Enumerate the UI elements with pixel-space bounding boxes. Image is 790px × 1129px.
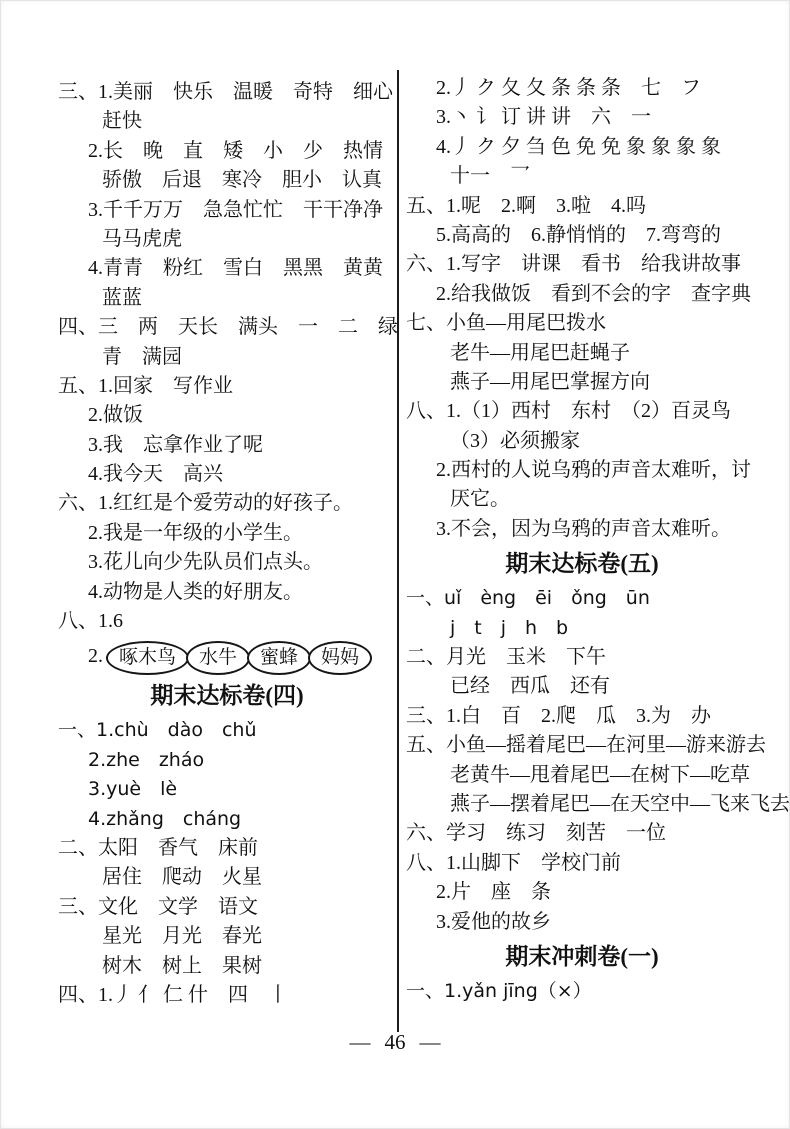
circled-answers-line: 2.啄木鸟水牛蜜蜂妈妈 <box>58 636 396 676</box>
answer-line: 三、1.美丽 快乐 温暖 奇特 细心 <box>58 78 396 107</box>
circled-answer: 蜜蜂 <box>247 641 311 675</box>
answer-line: 六、1.红红是个爱劳动的好孩子。 <box>58 489 396 518</box>
answer-line: 3.丶 讠 订 讲 讲 六 一 <box>406 103 758 132</box>
answer-line: 六、1.写字 讲课 看书 给我讲故事 <box>406 250 758 279</box>
answer-line: 十一 乛 <box>406 162 758 191</box>
answer-key-page: 三、1.美丽 快乐 温暖 奇特 细心赶快2.长 晚 直 矮 小 少 热情骄傲 后… <box>0 0 790 1129</box>
answer-line: 3.爱他的故乡 <box>406 908 758 937</box>
answer-line: 3.yuè lè <box>58 775 396 804</box>
answer-line: 2.zhe zháo <box>58 746 396 775</box>
item-number: 2. <box>88 645 103 667</box>
left-column: 三、1.美丽 快乐 温暖 奇特 细心赶快2.长 晚 直 矮 小 少 热情骄傲 后… <box>58 78 396 1010</box>
page-number-dash-left: — <box>350 1030 371 1054</box>
answer-line: 二、月光 玉米 下午 <box>406 643 758 672</box>
answer-line: 3.我 忘拿作业了呢 <box>58 431 396 460</box>
section-title: 期末达标卷(四) <box>58 676 396 716</box>
column-divider <box>397 70 399 1032</box>
answer-line: 4.zhǎng cháng <box>58 805 396 834</box>
answer-line: 六、学习 练习 刻苦 一位 <box>406 819 758 848</box>
circled-answer: 妈妈 <box>308 641 372 675</box>
answer-line: 4.丿 ク 夕 刍 色 免 免 象 象 象 象 <box>406 133 758 162</box>
answer-line: 2.给我做饭 看到不会的字 查字典 <box>406 280 758 309</box>
answer-line: 3.不会，因为乌鸦的声音太难听。 <box>406 515 758 544</box>
answer-line: 厌它。 <box>406 485 758 514</box>
answer-line: 4.动物是人类的好朋友。 <box>58 578 396 607</box>
answer-line: 五、小鱼—摇着尾巴—在河里—游来游去 <box>406 731 758 760</box>
answer-line: 赶快 <box>58 107 396 136</box>
answer-line: 2.片 座 条 <box>406 878 758 907</box>
section-title: 期末达标卷(五) <box>406 544 758 584</box>
answer-line: 三、文化 文学 语文 <box>58 893 396 922</box>
answer-line: 已经 西瓜 还有 <box>406 672 758 701</box>
answer-line: 2.长 晚 直 矮 小 少 热情 <box>58 137 396 166</box>
answer-line: 八、1.（1）西村 东村 （2）百灵鸟 <box>406 397 758 426</box>
answer-line: 七、小鱼—用尾巴拨水 <box>406 309 758 338</box>
answer-line: 燕子—用尾巴掌握方向 <box>406 368 758 397</box>
answer-line: 二、太阳 香气 床前 <box>58 834 396 863</box>
circled-answer: 水牛 <box>186 641 250 675</box>
answer-line: 一、1.chù dào chǔ <box>58 716 396 745</box>
answer-line: 2.我是一年级的小学生。 <box>58 519 396 548</box>
answer-line: 老牛—用尾巴赶蝇子 <box>406 339 758 368</box>
answer-line: 青 满园 <box>58 343 396 372</box>
page-number: —46— <box>0 1030 790 1055</box>
answer-line: 八、1.山脚下 学校门前 <box>406 849 758 878</box>
answer-line: 树木 树上 果树 <box>58 952 396 981</box>
answer-line: 一、1.yǎn jīng（×） <box>406 977 758 1006</box>
answer-line: 五、1.回家 写作业 <box>58 372 396 401</box>
answer-line: 燕子—摆着尾巴—在天空中—飞来飞去 <box>406 790 758 819</box>
page-number-value: 46 <box>385 1030 406 1054</box>
section-title: 期末冲刺卷(一) <box>406 937 758 977</box>
answer-line: 3.花儿向少先队员们点头。 <box>58 548 396 577</box>
right-column: 2.丿 ク 夂 夂 条 条 条 七 フ3.丶 讠 订 讲 讲 六 一4.丿 ク … <box>406 74 758 1006</box>
answer-line: 2.丿 ク 夂 夂 条 条 条 七 フ <box>406 74 758 103</box>
answer-line: 三、1.白 百 2.爬 瓜 3.为 办 <box>406 702 758 731</box>
answer-line: 马马虎虎 <box>58 225 396 254</box>
answer-line: j t j h b <box>406 614 758 643</box>
answer-line: 一、uǐ èng ēi ǒng ūn <box>406 584 758 613</box>
answer-line: 星光 月光 春光 <box>58 922 396 951</box>
answer-line: （3）必须搬家 <box>406 427 758 456</box>
answer-line: 五、1.呢 2.啊 3.啦 4.吗 <box>406 192 758 221</box>
answer-line: 2.西村的人说乌鸦的声音太难听，讨 <box>406 456 758 485</box>
answer-line: 4.青青 粉红 雪白 黑黑 黄黄 <box>58 254 396 283</box>
answer-line: 4.我今天 高兴 <box>58 460 396 489</box>
answer-line: 3.千千万万 急急忙忙 干干净净 <box>58 196 396 225</box>
answer-line: 老黄牛—甩着尾巴—在树下—吃草 <box>406 761 758 790</box>
circled-answer: 啄木鸟 <box>106 641 189 675</box>
answer-line: 蓝蓝 <box>58 284 396 313</box>
answer-line: 四、1.丿 亻 仁 什 四 丨 <box>58 981 396 1010</box>
answer-line: 四、三 两 天长 满头 一 二 绿 <box>58 313 396 342</box>
page-number-dash-right: — <box>420 1030 441 1054</box>
answer-line: 居住 爬动 火星 <box>58 863 396 892</box>
answer-line: 骄傲 后退 寒冷 胆小 认真 <box>58 166 396 195</box>
answer-line: 5.高高的 6.静悄悄的 7.弯弯的 <box>406 221 758 250</box>
answer-line: 八、1.6 <box>58 607 396 636</box>
answer-line: 2.做饭 <box>58 401 396 430</box>
